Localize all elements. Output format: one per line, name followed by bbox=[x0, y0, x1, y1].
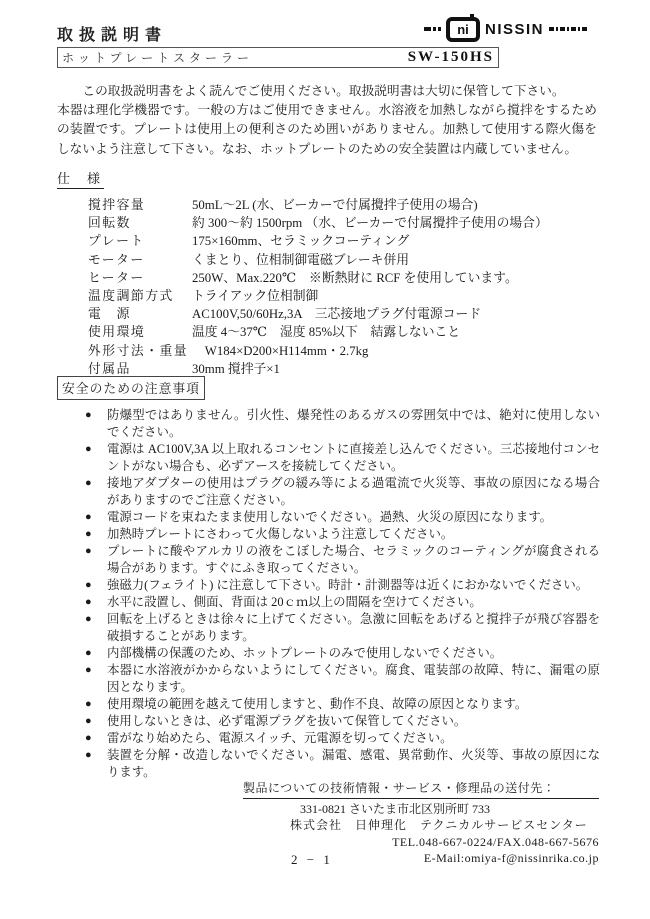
safety-item: ●プレートに酸やアルカリの液をこぼした場合、セラミックのコーティングが腐食される… bbox=[57, 543, 600, 577]
spec-label: 撹拌容量 bbox=[57, 196, 192, 214]
nissin-mark-icon: ni bbox=[446, 17, 480, 42]
spec-value: 約 300～約 1500rpm （水、ビーカーで付属攪拌子使用の場合） bbox=[192, 214, 602, 232]
spec-row: 温度調節方式トライアック位相制御 bbox=[57, 287, 602, 305]
safety-item: ●強磁力(フェライト) に注意して下さい。時計・計測器等は近くにおかないでくださ… bbox=[57, 577, 600, 594]
spec-label: プレート bbox=[57, 232, 192, 250]
intro-sentence-2: 本器は理化学機器です。一般の方はご使用できません。水溶液を加熱しながら撹拌をする… bbox=[57, 101, 597, 159]
bullet-icon: ● bbox=[85, 475, 92, 492]
safety-item: ●防爆型ではありません。引火性、爆発性のあるガスの雰囲気中では、絶対に使用しない… bbox=[57, 407, 600, 441]
safety-text: 加熱時プレートにさわって火傷しないよう注意してください。 bbox=[107, 527, 453, 541]
safety-text: 水平に設置し、側面、背面は 20ｃｍ以上の間隔を空けてください。 bbox=[107, 595, 482, 609]
safety-item: ●使用環境の範囲を越えて使用しますと、動作不良、故障の原因となります。 bbox=[57, 696, 600, 713]
safety-item: ●加熱時プレートにさわって火傷しないよう注意してください。 bbox=[57, 526, 600, 543]
safety-text: プレートに酸やアルカリの液をこぼした場合、セラミックのコーティングが腐食される場… bbox=[107, 544, 600, 575]
safety-item: ●使用しないときは、必ず電源プラグを抜いて保管してください。 bbox=[57, 713, 600, 730]
spec-row: 回転数約 300～約 1500rpm （水、ビーカーで付属攪拌子使用の場合） bbox=[57, 214, 602, 232]
bullet-icon: ● bbox=[85, 543, 92, 560]
safety-item: ●接地アダプターの使用はプラグの緩み等による過電流で火災等、事故の原因になる場合… bbox=[57, 475, 600, 509]
bullet-icon: ● bbox=[85, 407, 92, 424]
mark-dot-icon bbox=[470, 14, 474, 18]
spec-value: 温度 4～37℃ 湿度 85%以下 結露しないこと bbox=[192, 323, 602, 341]
mark-letters: ni bbox=[457, 23, 469, 36]
spec-row: 電 源AC100V,50/60Hz,3A 三芯接地プラグ付電源コード bbox=[57, 305, 602, 323]
safety-text: 回転を上げるときは徐々に上げてください。急激に回転をあげると撹拌子が飛び容器を破… bbox=[107, 612, 600, 643]
spec-value: 250W、Max.220℃ ※断熱財に RCF を使用しています。 bbox=[192, 269, 602, 287]
spec-row: モーターくまとり、位相制御電磁ブレーキ併用 bbox=[57, 251, 602, 269]
specs-heading: 仕 様 bbox=[57, 168, 104, 189]
safety-text: 本器に水溶液がかからないようにしてください。腐食、電装部の故障、特に、漏電の原因… bbox=[107, 663, 600, 694]
footer-address: 331-0821 さいたま市北区別所町 733 bbox=[243, 801, 599, 818]
bullet-icon: ● bbox=[85, 509, 92, 526]
spec-row: 撹拌容量50mL～2L (水、ビーカーで付属攪拌子使用の場合) bbox=[57, 196, 602, 214]
spec-label: 使用環境 bbox=[57, 323, 192, 341]
safety-text: 装置を分解・改造しないでください。漏電、感電、異常動作、火災等、事故の原因になり… bbox=[107, 748, 600, 779]
spec-row: 使用環境温度 4～37℃ 湿度 85%以下 結露しないこと bbox=[57, 323, 602, 341]
safety-text: 電源コードを束ねたまま使用しないでください。過熱、火災の原因になります。 bbox=[107, 510, 552, 524]
footer-company: 株式会社 日伸理化 テクニカルサービスセンター bbox=[243, 817, 599, 834]
safety-list: ●防爆型ではありません。引火性、爆発性のあるガスの雰囲気中では、絶対に使用しない… bbox=[57, 407, 600, 781]
spec-label: モーター bbox=[57, 251, 192, 269]
brand-dashes-right-icon bbox=[549, 27, 587, 31]
spec-label: 回転数 bbox=[57, 214, 192, 232]
intro-sentence-1: この取扱説明書をよく読んでご使用ください。取扱説明書は大切に保管して下さい。 bbox=[57, 82, 597, 101]
safety-item: ●電源は AC100V,3A 以上取れるコンセントに直接差し込んでください。三芯… bbox=[57, 441, 600, 475]
brand-logo: ni NISSIN bbox=[424, 16, 587, 42]
product-box: ホットプレートスターラー SW-150HS bbox=[57, 47, 499, 68]
bullet-icon: ● bbox=[85, 645, 92, 662]
spec-value: くまとり、位相制御電磁ブレーキ併用 bbox=[192, 251, 602, 269]
spec-value: AC100V,50/60Hz,3A 三芯接地プラグ付電源コード bbox=[192, 305, 602, 323]
bullet-icon: ● bbox=[85, 441, 92, 458]
product-name: ホットプレートスターラー bbox=[62, 49, 253, 66]
bullet-icon: ● bbox=[85, 577, 92, 594]
spec-value: 175×160mm、セラミックコーティング bbox=[192, 232, 602, 250]
spec-value: 50mL～2L (水、ビーカーで付属攪拌子使用の場合) bbox=[192, 196, 602, 214]
bullet-icon: ● bbox=[85, 730, 92, 747]
footer-heading: 製品についての技術情報・サービス・修理品の送付先： bbox=[243, 780, 599, 799]
spec-table: 撹拌容量50mL～2L (水、ビーカーで付属攪拌子使用の場合)回転数約 300～… bbox=[57, 196, 602, 378]
bullet-icon: ● bbox=[85, 526, 92, 543]
bullet-icon: ● bbox=[85, 747, 92, 764]
safety-text: 防爆型ではありません。引火性、爆発性のあるガスの雰囲気中では、絶対に使用しないで… bbox=[107, 408, 600, 439]
safety-item: ●水平に設置し、側面、背面は 20ｃｍ以上の間隔を空けてください。 bbox=[57, 594, 600, 611]
safety-text: 内部機構の保護のため、ホットプレートのみで使用しないでください。 bbox=[107, 646, 502, 660]
safety-text: 強磁力(フェライト) に注意して下さい。時計・計測器等は近くにおかないでください… bbox=[107, 578, 588, 592]
spec-label: 温度調節方式 bbox=[57, 287, 192, 305]
footer-tel: TEL.048-667-0224/FAX.048-667-5676 bbox=[243, 834, 599, 851]
product-model: SW-150HS bbox=[408, 49, 494, 66]
spec-value: W184×D200×H114mm・2.7kg bbox=[192, 342, 602, 360]
safety-heading: 安全のための注意事項 bbox=[57, 376, 205, 400]
spec-row: 外形寸法・重量 W184×D200×H114mm・2.7kg bbox=[57, 342, 602, 360]
specs-section: 仕 様 撹拌容量50mL～2L (水、ビーカーで付属攪拌子使用の場合)回転数約 … bbox=[57, 168, 602, 378]
bullet-icon: ● bbox=[85, 611, 92, 628]
safety-item: ●電源コードを束ねたまま使用しないでください。過熱、火災の原因になります。 bbox=[57, 509, 600, 526]
spec-label: 外形寸法・重量 bbox=[57, 342, 192, 360]
spec-label: ヒーター bbox=[57, 269, 192, 287]
safety-item: ●本器に水溶液がかからないようにしてください。腐食、電装部の故障、特に、漏電の原… bbox=[57, 662, 600, 696]
doc-title: 取扱説明書 bbox=[57, 22, 167, 45]
safety-item: ●内部機構の保護のため、ホットプレートのみで使用しないでください。 bbox=[57, 645, 600, 662]
bullet-icon: ● bbox=[85, 713, 92, 730]
spec-row: ヒーター250W、Max.220℃ ※断熱財に RCF を使用しています。 bbox=[57, 269, 602, 287]
bullet-icon: ● bbox=[85, 696, 92, 713]
safety-text: 使用環境の範囲を越えて使用しますと、動作不良、故障の原因となります。 bbox=[107, 697, 527, 711]
intro-paragraph: この取扱説明書をよく読んでご使用ください。取扱説明書は大切に保管して下さい。 本… bbox=[57, 82, 597, 159]
safety-text: 使用しないときは、必ず電源プラグを抜いて保管してください。 bbox=[107, 714, 466, 728]
manual-page: 取扱説明書 ni NISSIN ホットプレートスターラー SW-150HS この… bbox=[0, 0, 650, 919]
safety-item: ●雷がなり始めたら、電源スイッチ、元電源を切ってください。 bbox=[57, 730, 600, 747]
spec-label: 電 源 bbox=[57, 305, 192, 323]
safety-text: 接地アダプターの使用はプラグの緩み等による過電流で火災等、事故の原因になる場合が… bbox=[107, 476, 600, 507]
page-number: 2 − 1 bbox=[291, 852, 333, 868]
brand-name: NISSIN bbox=[485, 21, 544, 38]
brand-dashes-left-icon bbox=[424, 27, 441, 31]
spec-value: トライアック位相制御 bbox=[192, 287, 602, 305]
spec-row: プレート175×160mm、セラミックコーティング bbox=[57, 232, 602, 250]
safety-section: 安全のための注意事項 ●防爆型ではありません。引火性、爆発性のあるガスの雰囲気中… bbox=[57, 376, 600, 781]
safety-item: ●回転を上げるときは徐々に上げてください。急激に回転をあげると撹拌子が飛び容器を… bbox=[57, 611, 600, 645]
safety-item: ●装置を分解・改造しないでください。漏電、感電、異常動作、火災等、事故の原因にな… bbox=[57, 747, 600, 781]
safety-text: 電源は AC100V,3A 以上取れるコンセントに直接差し込んでください。三芯接… bbox=[107, 442, 600, 473]
bullet-icon: ● bbox=[85, 594, 92, 611]
safety-text: 雷がなり始めたら、電源スイッチ、元電源を切ってください。 bbox=[107, 731, 453, 745]
bullet-icon: ● bbox=[85, 662, 92, 679]
